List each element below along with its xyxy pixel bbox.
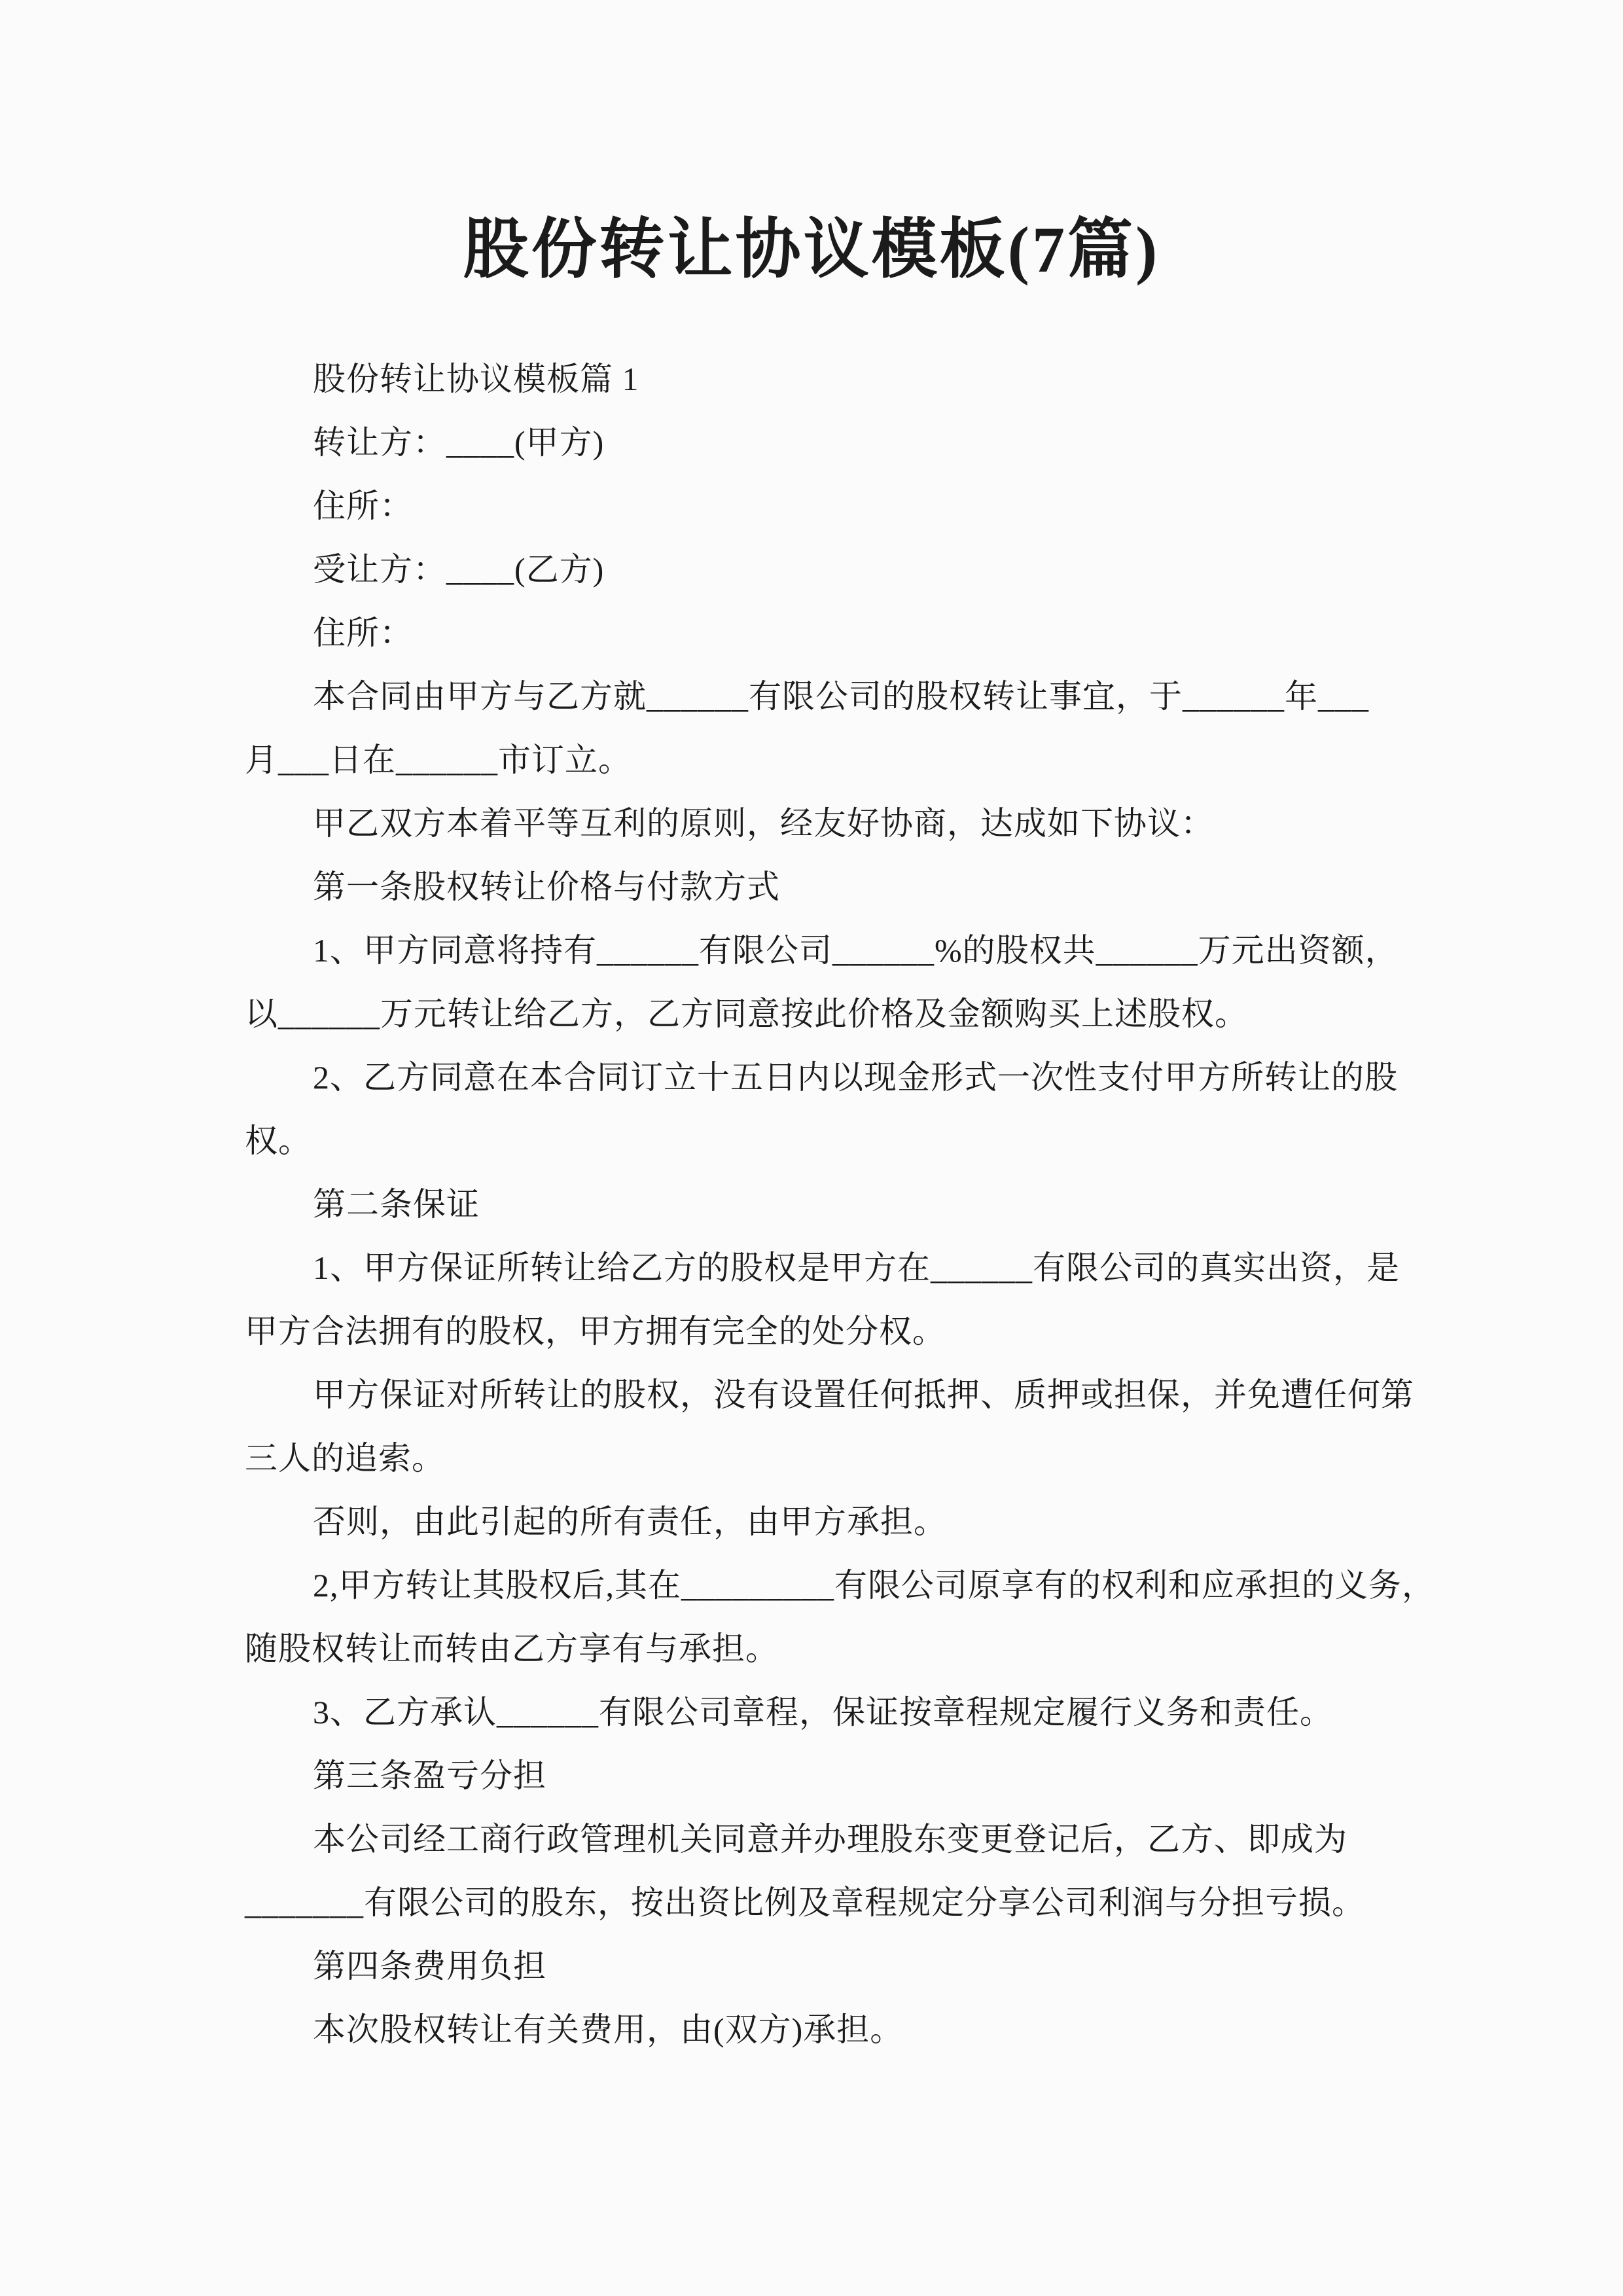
document-line: 1、甲方保证所转让给乙方的股权是甲方在______有限公司的真实出资，是 xyxy=(245,1236,1387,1300)
document-line: 第二条保证 xyxy=(245,1173,1387,1236)
document-line: _______有限公司的股东，按出资比例及章程规定分享公司利润与分担亏损。 xyxy=(245,1871,1387,1935)
document-line: 转让方：____(甲方) xyxy=(245,411,1387,475)
document-page: 股份转让协议模板(7篇) 股份转让协议模板篇 1转让方：____(甲方)住所：受… xyxy=(0,0,1623,2296)
document-line: 本公司经工商行政管理机关同意并办理股东变更登记后，乙方、即成为 xyxy=(245,1808,1387,1871)
document-line: 甲方合法拥有的股权，甲方拥有完全的处分权。 xyxy=(245,1300,1387,1363)
document-line: 三人的追索。 xyxy=(245,1427,1387,1490)
document-line: 权。 xyxy=(245,1109,1387,1173)
document-line: 本次股权转让有关费用，由(双方)承担。 xyxy=(245,1998,1387,2062)
document-line: 股份转让协议模板篇 1 xyxy=(245,348,1387,411)
document-line: 住所： xyxy=(245,475,1387,538)
document-body: 股份转让协议模板篇 1转让方：____(甲方)住所：受让方：____(乙方)住所… xyxy=(245,348,1387,2062)
document-line: 3、乙方承认______有限公司章程，保证按章程规定履行义务和责任。 xyxy=(245,1681,1387,1744)
document-line: 1、甲方同意将持有______有限公司______%的股权共______万元出资… xyxy=(245,919,1387,982)
document-line: 第四条费用负担 xyxy=(245,1935,1387,1998)
document-line: 受让方：____(乙方) xyxy=(245,538,1387,601)
document-line: 第一条股权转让价格与付款方式 xyxy=(245,855,1387,919)
document-title: 股份转让协议模板(7篇) xyxy=(0,196,1623,291)
document-line: 以______万元转让给乙方，乙方同意按此价格及金额购买上述股权。 xyxy=(245,982,1387,1046)
document-line: 2,甲方转让其股权后,其在_________有限公司原享有的权利和应承担的义务， xyxy=(245,1554,1387,1617)
document-line: 本合同由甲方与乙方就______有限公司的股权转让事宜，于______年___ xyxy=(245,665,1387,728)
document-line: 随股权转让而转由乙方享有与承担。 xyxy=(245,1617,1387,1681)
document-line: 住所： xyxy=(245,601,1387,665)
document-line: 第三条盈亏分担 xyxy=(245,1744,1387,1808)
document-line: 月___日在______市订立。 xyxy=(245,728,1387,792)
document-line: 甲乙双方本着平等互利的原则，经友好协商，达成如下协议： xyxy=(245,792,1387,855)
document-line: 2、乙方同意在本合同订立十五日内以现金形式一次性支付甲方所转让的股 xyxy=(245,1046,1387,1109)
document-line: 否则，由此引起的所有责任，由甲方承担。 xyxy=(245,1490,1387,1554)
document-line: 甲方保证对所转让的股权，没有设置任何抵押、质押或担保，并免遭任何第 xyxy=(245,1363,1387,1427)
